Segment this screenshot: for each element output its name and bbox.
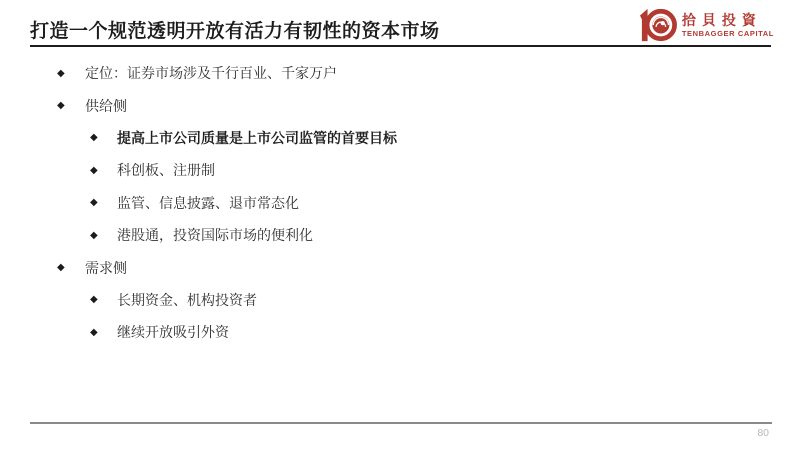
bullet-item: ◆ 科创板、注册制 — [0, 154, 800, 186]
logo-text: 拾貝投資 TENBAGGER CAPITAL — [682, 12, 774, 39]
bullet-item: ◆ 长期资金、机构投资者 — [0, 284, 800, 316]
bullet-item: ◆ 需求侧 — [0, 251, 800, 283]
diamond-bullet-icon: ◆ — [57, 100, 85, 111]
bullet-item-label: 需求侧 — [85, 258, 127, 278]
presentation-slide: 打造一个规范透明开放有活力有韧性的资本市场 拾貝投資 TENBAGGER CAP… — [0, 0, 800, 450]
slide-title: 打造一个规范透明开放有活力有韧性的资本市场 — [30, 16, 440, 43]
bullet-item-label: 港股通，投资国际市场的便利化 — [117, 225, 313, 245]
bullet-item: ◆ 供给侧 — [0, 89, 800, 121]
bullet-item-label: 定位：证券市场涉及千行百业、千家万户 — [85, 63, 337, 83]
diamond-bullet-icon: ◆ — [90, 230, 117, 241]
diamond-bullet-icon: ◆ — [90, 327, 117, 338]
bullet-item-label: 科创板、注册制 — [117, 160, 215, 180]
bullet-item-label: 供给侧 — [85, 96, 127, 116]
bullet-item-label: 监管、信息披露、退市常态化 — [117, 193, 299, 213]
bullet-item: ◆ 监管、信息披露、退市常态化 — [0, 187, 800, 219]
diamond-bullet-icon: ◆ — [90, 294, 117, 305]
title-underline — [30, 45, 771, 47]
company-logo: 拾貝投資 TENBAGGER CAPITAL — [639, 7, 774, 43]
logo-name-chinese: 拾貝投資 — [682, 12, 762, 29]
diamond-bullet-icon: ◆ — [90, 197, 117, 208]
bullet-item: ◆ 继续开放吸引外资 — [0, 316, 800, 348]
logo-name-english: TENBAGGER CAPITAL — [682, 29, 774, 39]
diamond-bullet-icon: ◆ — [57, 68, 85, 79]
bullet-item: ◆ 港股通，投资国际市场的便利化 — [0, 219, 800, 251]
bullet-item: ◆ 提高上市公司质量是上市公司监管的首要目标 — [0, 122, 800, 154]
bullet-item-label: 继续开放吸引外资 — [117, 322, 229, 342]
bullet-item-label: 提高上市公司质量是上市公司监管的首要目标 — [117, 128, 397, 148]
bullet-item: ◆ 定位：证券市场涉及千行百业、千家万户 — [0, 57, 800, 89]
diamond-bullet-icon: ◆ — [57, 262, 85, 273]
bullet-item-label: 长期资金、机构投资者 — [117, 290, 257, 310]
tenbagger-10-shell-icon — [639, 7, 677, 43]
diamond-bullet-icon: ◆ — [90, 165, 117, 176]
diamond-bullet-icon: ◆ — [90, 132, 117, 143]
page-number: 80 — [757, 427, 769, 439]
footer-line — [30, 422, 772, 424]
bullet-list: ◆ 定位：证券市场涉及千行百业、千家万户 ◆ 供给侧 ◆ 提高上市公司质量是上市… — [0, 57, 800, 349]
